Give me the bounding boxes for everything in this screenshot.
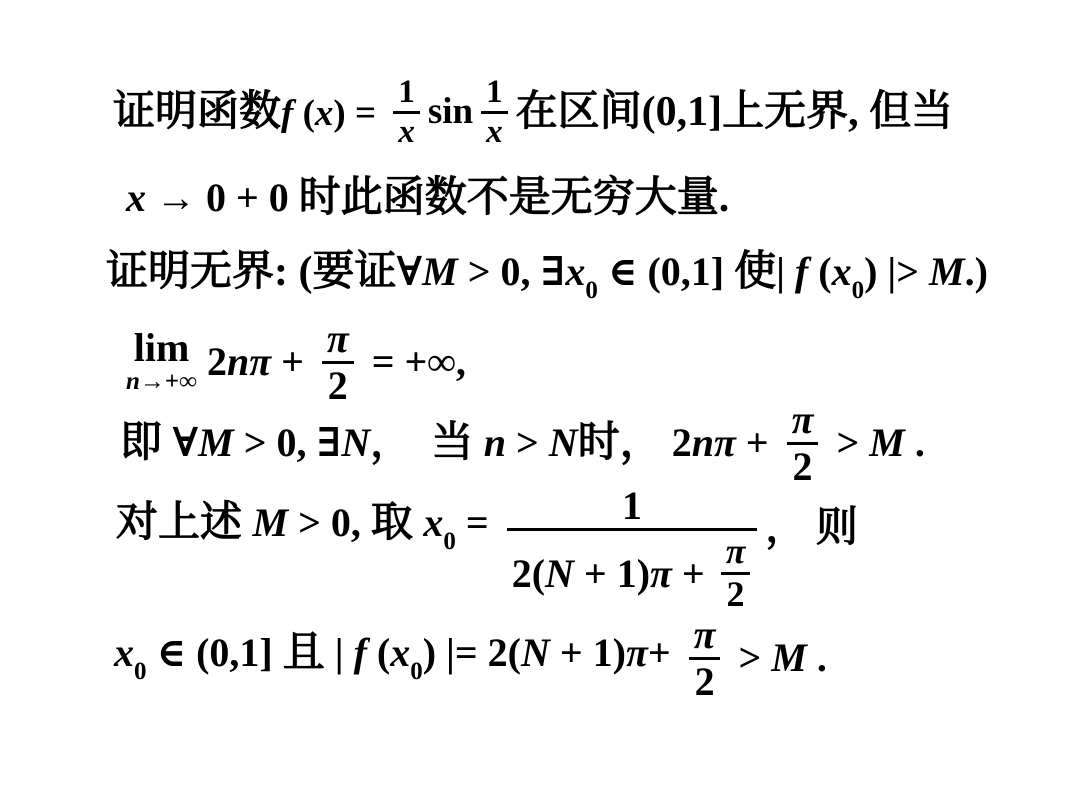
- math-var-M: M: [771, 635, 807, 680]
- proof-goal-line: 证明无界: (要证∀M > 0, ∃x0 ∈ (0,1] 使| f (x0) |…: [106, 245, 988, 309]
- math-in-interval: ∈ (0,1]: [598, 249, 734, 294]
- math-var-x0: x: [114, 630, 134, 675]
- math-gt-zero: > 0,: [458, 249, 541, 294]
- statement-line-1: 证明函数f (x) = 1 x sin 1 x 在区间(0,1]上无界, 但当: [113, 62, 953, 162]
- abs-close-equals: ) |= 2(: [423, 630, 521, 675]
- pi-symbol: π: [626, 630, 648, 675]
- subscript-zero: 0: [852, 277, 865, 304]
- limit-operator-block: lim n→+∞: [126, 328, 197, 396]
- fraction-pi-over-2: π 2: [689, 613, 721, 704]
- abs-bar-open: |: [325, 630, 354, 675]
- math-two: 2: [207, 339, 227, 384]
- fraction-denominator: x: [393, 114, 420, 151]
- choose-x0-text-right: ， 则: [765, 504, 858, 552]
- math-var-M: M: [422, 249, 458, 294]
- math-gt: >: [728, 635, 771, 680]
- cn-not-infinitely-large: 时此函数不是无穷大量.: [299, 175, 730, 221]
- math-rparen-equals: ) =: [333, 93, 385, 134]
- fraction-numerator: 1: [481, 74, 508, 111]
- fraction-numerator: π: [787, 398, 819, 442]
- sin-operator: sin: [428, 91, 473, 132]
- math-var-f: f: [281, 93, 293, 134]
- fraction-denominator: x: [481, 114, 508, 151]
- math-arrow-zero: → 0 + 0: [146, 175, 299, 220]
- math-var-M: M: [869, 420, 905, 465]
- pi-symbol: π: [650, 551, 672, 596]
- fraction-one-over-x-2: 1 x: [481, 74, 508, 150]
- math-var-f: f: [795, 249, 808, 294]
- statement-right-text: 在区间(0,1]上无界, 但当: [516, 88, 953, 136]
- math-lparen: (: [808, 249, 831, 294]
- fullwidth-comma: ，: [765, 505, 805, 550]
- fraction-numerator: π: [721, 532, 751, 572]
- cn-interval-unbounded: 在区间(0,1]上无界, 但当: [516, 89, 953, 135]
- math-end-paren: .): [965, 249, 988, 294]
- statement-left-text: 证明函数f (x) =: [113, 88, 385, 136]
- cn-take: 取: [371, 500, 424, 546]
- math-var-n: n: [126, 368, 140, 395]
- cn-then: 则: [805, 505, 858, 551]
- statement-line-2: x → 0 + 0 时此函数不是无穷大量.: [126, 168, 729, 228]
- math-var-x: x: [315, 93, 334, 134]
- fraction-denominator: 2(N + 1)π + π 2: [507, 531, 758, 616]
- math-var-x0: x: [423, 500, 443, 545]
- proof-goal-text: 证明无界: (要证∀M > 0, ∃x0 ∈ (0,1] 使| f (x0) |…: [106, 248, 988, 306]
- big-fraction-x0-value: 1 2(N + 1)π + π 2: [507, 484, 758, 616]
- math-var-x: x: [126, 175, 146, 220]
- fraction-one-over-x: 1 x: [393, 74, 420, 150]
- math-equals: =: [456, 500, 499, 545]
- arrow-plus-infinity: →+∞: [140, 368, 197, 395]
- cn-prove-unbounded: 证明无界:: [106, 249, 299, 295]
- math-period: .: [807, 635, 827, 680]
- math-var-x0: x: [390, 630, 410, 675]
- exists-symbol: ∃: [541, 249, 566, 294]
- conclusion-line: x0 ∈ (0,1] 且 | f (x0) |= 2(N + 1)π+ π 2 …: [114, 608, 827, 708]
- cn-for-above: 对上述: [116, 500, 253, 546]
- math-period: .: [905, 420, 925, 465]
- math-plus-one-rparen: + 1): [574, 551, 650, 596]
- sin-operator-text: sin: [428, 91, 473, 134]
- math-var-x0: x: [565, 249, 585, 294]
- math-plus: +: [271, 339, 314, 384]
- math-in-interval: ∈ (0,1]: [147, 630, 283, 675]
- inner-fraction-pi-over-2: π 2: [721, 532, 751, 615]
- math-var-N: N: [545, 551, 574, 596]
- cn-such-that: 使: [734, 249, 776, 295]
- fraction-numerator: π: [689, 613, 721, 657]
- choose-x0-line: 对上述 M > 0, 取 x0 = 1 2(N + 1)π + π 2 ， 则: [116, 453, 858, 603]
- lim-operator: lim: [134, 328, 190, 368]
- limit-condition-text: x → 0 + 0 时此函数不是无穷大量.: [126, 174, 729, 222]
- subscript-zero: 0: [134, 658, 147, 685]
- math-equals-infinity: = +∞,: [362, 339, 466, 384]
- abs-bar-open: |: [776, 249, 795, 294]
- math-plus: +: [648, 630, 681, 675]
- math-lparen: (: [293, 93, 315, 134]
- math-var-x0: x: [832, 249, 852, 294]
- math-plus-one-rparen: + 1): [550, 630, 626, 675]
- cn-prove-function: 证明函数: [113, 89, 281, 135]
- abs-bar-close-gt: ) |>: [864, 249, 929, 294]
- math-plus: +: [672, 551, 715, 596]
- choose-x0-text-left: 对上述 M > 0, 取 x0 =: [116, 499, 499, 557]
- math-var-n: n: [227, 339, 249, 384]
- cn-need-to-show: (要证: [299, 249, 397, 295]
- subscript-zero: 0: [585, 277, 598, 304]
- denominator-text: 2(N + 1)π +: [512, 551, 715, 597]
- forall-symbol: ∀: [397, 249, 423, 294]
- limit-expression-text: 2nπ +: [207, 339, 314, 385]
- math-var-M: M: [253, 500, 289, 545]
- math-two-lparen: 2(: [512, 551, 545, 596]
- math-var-M: M: [929, 249, 965, 294]
- fraction-numerator: π: [322, 317, 354, 361]
- conclusion-text-left: x0 ∈ (0,1] 且 | f (x0) |= 2(N + 1)π+: [114, 629, 681, 687]
- math-var-f: f: [354, 630, 367, 675]
- pi-symbol: π: [249, 339, 271, 384]
- math-gt-zero: > 0,: [288, 500, 371, 545]
- cn-and: 且: [283, 630, 325, 676]
- fraction-numerator: 1: [617, 484, 647, 528]
- fraction-denominator: 2: [690, 660, 720, 704]
- math-var-N: N: [521, 630, 550, 675]
- limit-result-text: = +∞,: [362, 339, 466, 385]
- fraction-numerator: 1: [393, 74, 420, 111]
- subscript-zero: 0: [410, 658, 423, 685]
- math-proof-slide: 证明函数f (x) = 1 x sin 1 x 在区间(0,1]上无界, 但当 …: [0, 0, 1080, 810]
- math-lparen: (: [367, 630, 390, 675]
- subscript-zero: 0: [443, 528, 456, 555]
- conclusion-text-right: > M .: [728, 635, 826, 681]
- lim-subscript: n→+∞: [126, 368, 197, 396]
